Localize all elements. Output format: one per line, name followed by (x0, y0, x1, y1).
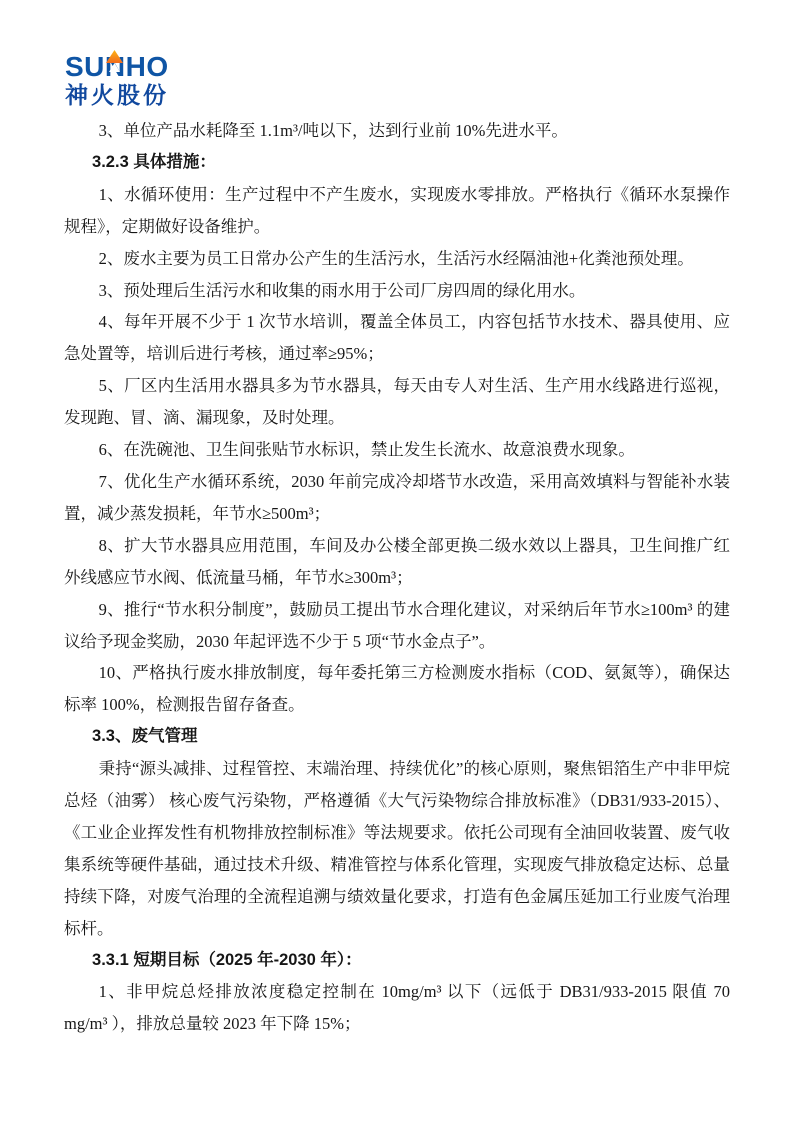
paragraph-waste-gas-intro: 秉持“源头减排、过程管控、末端治理、持续优化”的核心原则，聚焦铝箔生产中非甲烷总… (64, 753, 730, 944)
heading-3-2-3-measures: 3.2.3 具体措施： (64, 147, 730, 179)
heading-3-3-waste-gas: 3.3、废气管理 (64, 721, 730, 753)
paragraph-measure-4: 4、每年开展不少于 1 次节水培训，覆盖全体员工，内容包括节水技术、器具使用、应… (64, 306, 730, 370)
paragraph-measure-9: 9、推行“节水积分制度”，鼓励员工提出节水合理化建议，对采纳后年节水≥100m³… (64, 594, 730, 658)
paragraph-measure-10: 10、严格执行废水排放制度，每年委托第三方检测废水指标（COD、氨氮等），确保达… (64, 657, 730, 721)
document-page: SUNHO 神火股份 3、单位产品水耗降至 1.1m³/吨以下，达到行业前 10… (0, 0, 794, 1123)
logo-text-cn: 神火股份 (65, 82, 730, 109)
paragraph-measure-2: 2、废水主要为员工日常办公产生的生活污水，生活污水经隔油池+化粪池预处理。 (64, 243, 730, 275)
company-logo: SUNHO 神火股份 (65, 52, 730, 109)
paragraph-short-term-goal-1: 1、非甲烷总烃排放浓度稳定控制在 10mg/m³ 以下（远低于 DB31/933… (64, 976, 730, 1040)
heading-3-3-1-short-term: 3.3.1 短期目标（2025 年-2030 年）： (64, 945, 730, 977)
paragraph-measure-6: 6、在洗碗池、卫生间张贴节水标识，禁止发生长流水、故意浪费水现象。 (64, 434, 730, 466)
document-body: 3、单位产品水耗降至 1.1m³/吨以下，达到行业前 10%先进水平。 3.2.… (64, 115, 730, 1040)
paragraph-measure-3: 3、预处理后生活污水和收集的雨水用于公司厂房四周的绿化用水。 (64, 275, 730, 307)
paragraph-measure-8: 8、扩大节水器具应用范围，车间及办公楼全部更换二级水效以上器具，卫生间推广红外线… (64, 530, 730, 594)
paragraph-measure-1: 1、水循环使用：生产过程中不产生废水，实现废水零排放。严格执行《循环水泵操作规程… (64, 179, 730, 243)
paragraph-unit-water-target: 3、单位产品水耗降至 1.1m³/吨以下，达到行业前 10%先进水平。 (64, 115, 730, 147)
paragraph-measure-7: 7、优化生产水循环系统，2030 年前完成冷却塔节水改造，采用高效填料与智能补水… (64, 466, 730, 530)
paragraph-measure-5: 5、厂区内生活用水器具多为节水器具，每天由专人对生活、生产用水线路进行巡视，发现… (64, 370, 730, 434)
logo-wordmark: SUNHO (65, 52, 169, 82)
